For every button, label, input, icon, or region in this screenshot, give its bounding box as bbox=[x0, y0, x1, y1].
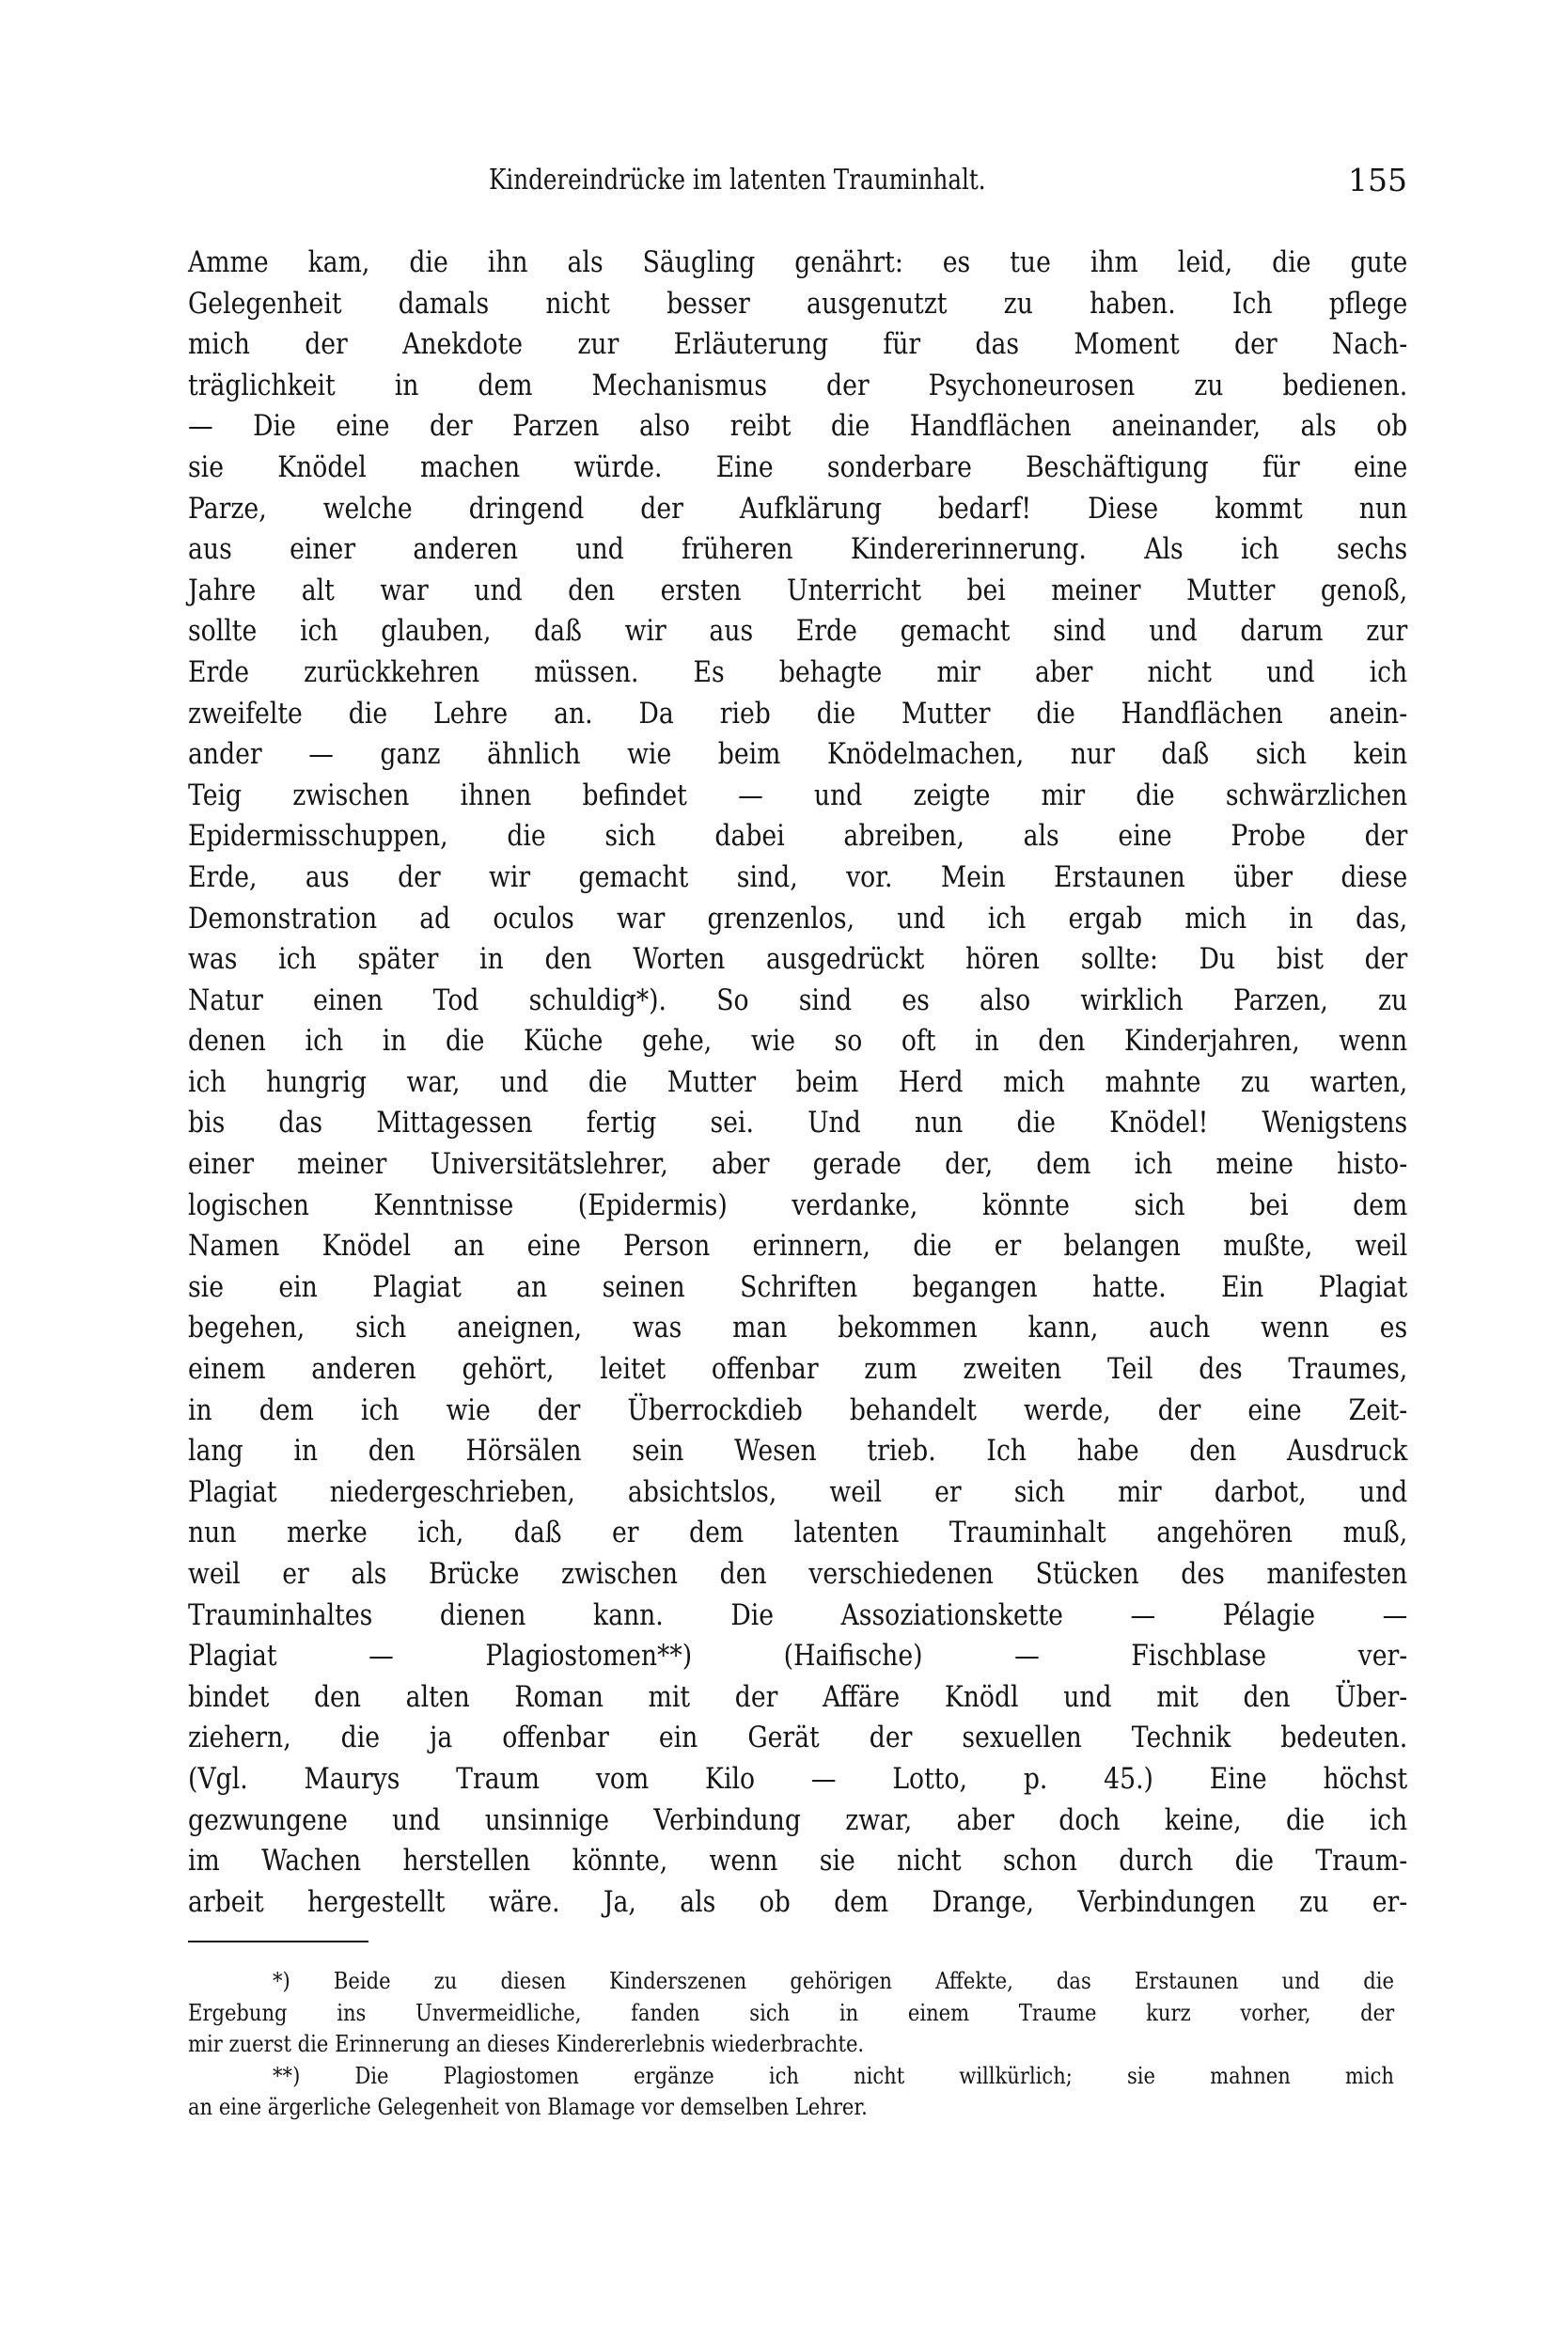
text-line: nun merke ich, daß er dem latenten Traum… bbox=[188, 1513, 1407, 1554]
footnote-2-line: **) Die Plagiostomen ergänze ich nicht w… bbox=[188, 2060, 1394, 2092]
text-line: (Vgl. Maurys Traum vom Kilo — Lotto, p. … bbox=[188, 1759, 1407, 1800]
text-line: im Wachen herstellen könnte, wenn sie ni… bbox=[188, 1841, 1407, 1882]
text-line: Parze, welche dringend der Aufklärung be… bbox=[188, 489, 1407, 530]
body-text: Amme kam, die ihn als Säugling genährt: … bbox=[188, 243, 1407, 1923]
footnote-text: **) Die Plagiostomen ergänze ich nicht w… bbox=[273, 2060, 1394, 2092]
text-line-content: Plagiat niedergeschrieben, absichtslos, … bbox=[188, 1472, 1407, 1514]
text-line: Trauminhaltes dienen kann. Die Assoziati… bbox=[188, 1596, 1407, 1637]
text-line: begehen, sich aneignen, was man bekommen… bbox=[188, 1308, 1407, 1349]
text-line-content: Plagiat — Plagiostomen**) (Haifische) — … bbox=[188, 1636, 1407, 1677]
text-line-content: gezwungene und unsinnige Verbindung zwar… bbox=[188, 1800, 1407, 1842]
text-line-content: einem anderen gehört, leitet offenbar zu… bbox=[188, 1349, 1407, 1391]
text-line-content: in dem ich wie der Überrockdieb behandel… bbox=[188, 1391, 1407, 1432]
text-line: Natur einen Tod schuldig*). So sind es a… bbox=[188, 981, 1407, 1022]
text-line: Teig zwischen ihnen befindet — und zeigt… bbox=[188, 776, 1407, 817]
text-line: lang in den Hörsälen sein Wesen trieb. I… bbox=[188, 1431, 1407, 1472]
text-line-content: im Wachen herstellen könnte, wenn sie ni… bbox=[188, 1841, 1407, 1882]
text-line-content: aus einer anderen und früheren Kindereri… bbox=[188, 529, 1407, 571]
text-line-content: Epidermisschuppen, die sich dabei abreib… bbox=[188, 816, 1407, 857]
text-line-content: einer meiner Universitätslehrer, aber ge… bbox=[188, 1144, 1407, 1186]
text-line: sie Knödel machen würde. Eine sonderbare… bbox=[188, 448, 1407, 489]
text-line: Gelegenheit damals nicht besser ausgenut… bbox=[188, 284, 1407, 325]
text-line-content: ander — ganz ähnlich wie beim Knödelmach… bbox=[188, 734, 1407, 776]
text-line: mich der Anekdote zur Erläuterung für da… bbox=[188, 324, 1407, 366]
text-line: arbeit hergestellt wäre. Ja, als ob dem … bbox=[188, 1882, 1407, 1924]
text-line-content: — Die eine der Parzen also reibt die Han… bbox=[188, 406, 1407, 448]
footnotes: *) Beide zu diesen Kinderszenen gehörige… bbox=[188, 1965, 1394, 2123]
text-line: gezwungene und unsinnige Verbindung zwar… bbox=[188, 1800, 1407, 1842]
text-line-content: Amme kam, die ihn als Säugling genährt: … bbox=[188, 243, 1407, 284]
text-line: Plagiat niedergeschrieben, absichtslos, … bbox=[188, 1472, 1407, 1514]
text-line: aus einer anderen und früheren Kindereri… bbox=[188, 529, 1407, 571]
text-line-content: Gelegenheit damals nicht besser ausgenut… bbox=[188, 284, 1407, 325]
text-line-content: denen ich in die Küche gehe, wie so oft … bbox=[188, 1021, 1407, 1062]
text-line-content: bindet den alten Roman mit der Affäre Kn… bbox=[188, 1677, 1407, 1719]
text-line-content: weil er als Brücke zwischen den verschie… bbox=[188, 1554, 1407, 1596]
text-line: Plagiat — Plagiostomen**) (Haifische) — … bbox=[188, 1636, 1407, 1677]
text-line: — Die eine der Parzen also reibt die Han… bbox=[188, 406, 1407, 448]
text-line: einem anderen gehört, leitet offenbar zu… bbox=[188, 1349, 1407, 1391]
text-line-content: Trauminhaltes dienen kann. Die Assoziati… bbox=[188, 1596, 1407, 1637]
text-line-content: (Vgl. Maurys Traum vom Kilo — Lotto, p. … bbox=[188, 1759, 1407, 1800]
text-line: Namen Knödel an eine Person erinnern, di… bbox=[188, 1226, 1407, 1267]
text-line-content: lang in den Hörsälen sein Wesen trieb. I… bbox=[188, 1431, 1407, 1472]
text-line-content: Namen Knödel an eine Person erinnern, di… bbox=[188, 1226, 1407, 1267]
text-line-content: nun merke ich, daß er dem latenten Traum… bbox=[188, 1513, 1407, 1554]
text-line-content: arbeit hergestellt wäre. Ja, als ob dem … bbox=[188, 1882, 1407, 1924]
text-line: träglichkeit in dem Mechanismus der Psyc… bbox=[188, 366, 1407, 407]
text-line-content: sollte ich glauben, daß wir aus Erde gem… bbox=[188, 611, 1407, 653]
text-line-content: Erde, aus der wir gemacht sind, vor. Mei… bbox=[188, 857, 1407, 899]
running-head: Kindereindrücke im latenten Trauminhalt.… bbox=[188, 160, 1407, 201]
text-line: Amme kam, die ihn als Säugling genährt: … bbox=[188, 243, 1407, 284]
footnote-text: an eine ärgerliche Gelegenheit von Blama… bbox=[188, 2091, 868, 2123]
text-line: Epidermisschuppen, die sich dabei abreib… bbox=[188, 816, 1407, 857]
text-line: zweifelte die Lehre an. Da rieb die Mutt… bbox=[188, 694, 1407, 735]
footnote-1-line: *) Beide zu diesen Kinderszenen gehörige… bbox=[188, 1965, 1394, 1997]
footnote-separator-rule bbox=[188, 1941, 368, 1942]
text-line: Erde, aus der wir gemacht sind, vor. Mei… bbox=[188, 857, 1407, 899]
text-line-content: begehen, sich aneignen, was man bekommen… bbox=[188, 1308, 1407, 1349]
text-line: Demonstration ad oculos war grenzenlos, … bbox=[188, 899, 1407, 940]
text-line-content: sie ein Plagiat an seinen Schriften bega… bbox=[188, 1267, 1407, 1309]
footnote-2-line: an eine ärgerliche Gelegenheit von Blama… bbox=[188, 2091, 1394, 2123]
text-line: was ich später in den Worten ausgedrückt… bbox=[188, 939, 1407, 981]
text-line: sollte ich glauben, daß wir aus Erde gem… bbox=[188, 611, 1407, 653]
footnote-1-line: mir zuerst die Erinnerung an dieses Kind… bbox=[188, 2028, 1394, 2060]
text-line-content: bis das Mittagessen fertig sei. Und nun … bbox=[188, 1103, 1407, 1144]
text-line-content: Teig zwischen ihnen befindet — und zeigt… bbox=[188, 776, 1407, 817]
text-line: bindet den alten Roman mit der Affäre Kn… bbox=[188, 1677, 1407, 1719]
text-line-content: Erde zurückkehren müssen. Es behagte mir… bbox=[188, 653, 1407, 694]
text-line: bis das Mittagessen fertig sei. Und nun … bbox=[188, 1103, 1407, 1144]
text-line-content: ich hungrig war, und die Mutter beim Her… bbox=[188, 1062, 1407, 1104]
text-line-content: Jahre alt war und den ersten Unterricht … bbox=[188, 571, 1407, 612]
text-line: weil er als Brücke zwischen den verschie… bbox=[188, 1554, 1407, 1596]
text-line: ich hungrig war, und die Mutter beim Her… bbox=[188, 1062, 1407, 1104]
footnote-1-line: Ergebung ins Unvermeidliche, fanden sich… bbox=[188, 1997, 1394, 2029]
text-line: einer meiner Universitätslehrer, aber ge… bbox=[188, 1144, 1407, 1186]
text-line-content: sie Knödel machen würde. Eine sonderbare… bbox=[188, 448, 1407, 489]
text-line-content: logischen Kenntnisse (Epidermis) verdank… bbox=[188, 1186, 1407, 1227]
text-line-content: Demonstration ad oculos war grenzenlos, … bbox=[188, 899, 1407, 940]
text-line-content: was ich später in den Worten ausgedrückt… bbox=[188, 939, 1407, 981]
running-title: Kindereindrücke im latenten Trauminhalt. bbox=[489, 160, 986, 201]
text-line-content: Natur einen Tod schuldig*). So sind es a… bbox=[188, 981, 1407, 1022]
book-page: Kindereindrücke im latenten Trauminhalt.… bbox=[0, 0, 1568, 2343]
footnote-text: Ergebung ins Unvermeidliche, fanden sich… bbox=[188, 1997, 1394, 2029]
text-line: denen ich in die Küche gehe, wie so oft … bbox=[188, 1021, 1407, 1062]
text-line: ziehern, die ja offenbar ein Gerät der s… bbox=[188, 1718, 1407, 1759]
footnote-text: *) Beide zu diesen Kinderszenen gehörige… bbox=[273, 1965, 1394, 1997]
text-line-content: träglichkeit in dem Mechanismus der Psyc… bbox=[188, 366, 1407, 407]
text-line: Jahre alt war und den ersten Unterricht … bbox=[188, 571, 1407, 612]
text-line: ander — ganz ähnlich wie beim Knödelmach… bbox=[188, 734, 1407, 776]
text-line-content: Parze, welche dringend der Aufklärung be… bbox=[188, 489, 1407, 530]
text-line-content: ziehern, die ja offenbar ein Gerät der s… bbox=[188, 1718, 1407, 1759]
text-line-content: zweifelte die Lehre an. Da rieb die Mutt… bbox=[188, 694, 1407, 735]
text-line: sie ein Plagiat an seinen Schriften bega… bbox=[188, 1267, 1407, 1309]
text-line-content: mich der Anekdote zur Erläuterung für da… bbox=[188, 324, 1407, 366]
page-number: 155 bbox=[1348, 160, 1407, 201]
footnote-text: mir zuerst die Erinnerung an dieses Kind… bbox=[188, 2028, 864, 2060]
text-line: in dem ich wie der Überrockdieb behandel… bbox=[188, 1391, 1407, 1432]
text-line: Erde zurückkehren müssen. Es behagte mir… bbox=[188, 653, 1407, 694]
text-line: logischen Kenntnisse (Epidermis) verdank… bbox=[188, 1186, 1407, 1227]
